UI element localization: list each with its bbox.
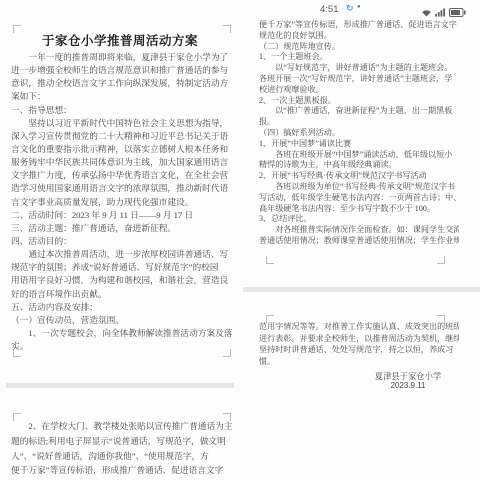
text-line: 普通话使用情况；教师课堂普通话使用情况；学生作业规	[259, 235, 459, 246]
text-line: 以“写好规范字，讲好普通话”为主题的主题班会。	[259, 62, 459, 73]
left-document-column[interactable]: 于家仓小学推普周活动方案 一年一度的推普周即将来临，夏津县于家仓小学为了 进一步…	[0, 0, 240, 480]
signature-date: 2023.9.11	[348, 381, 468, 390]
doc-page2-continued-text: 便千万家”等宣传标语，形成推广普通话、促进语言文字 规范化的良好氛围。 （二）规…	[259, 19, 459, 246]
text-line: 服务铸牢中华民族共同体意识为主线，加大国家通用语言	[11, 156, 235, 169]
text-line: 五、活动内容及安排：	[11, 301, 235, 314]
page-corner-mark	[266, 256, 274, 264]
text-line: 意识，推动全校语言文字工作向纵深发展，特制定活动方	[11, 77, 235, 90]
text-line: 三、活动主题：推广普通话，奋进新征程。	[11, 222, 235, 235]
text-line: 人”、“说好普通话，沟通你我他”、“使用规范字，方	[11, 450, 235, 465]
doc-page1-text: 一年一度的推普周即将来临，夏津县于家仓小学为了 进一步增强全校师生的语言规范意识…	[11, 51, 235, 353]
doc-page3-text: 范用字情况等等。对推普工作实施认真、成效突出的班级 进行表彰。并要求全校师生，以…	[259, 321, 459, 367]
page-separator	[6, 383, 234, 388]
text-line: 深入学习宣传贯彻党的二十大精神和习近平总书记关于语	[11, 130, 235, 143]
text-line: 3、总结评比。	[259, 213, 459, 224]
text-line: 各班以班级为单位“书写经典·传承文明”规范汉字书	[259, 181, 459, 192]
text-line: 惯。	[259, 356, 459, 368]
text-line: 2、在学校大门、教学楼处张贴以宣传推广普通话为主	[11, 420, 235, 435]
text-line: 题的标语;利用电子屏显示“说普通话，写规范字，做文明	[11, 435, 235, 450]
text-line: 文字推广力度，传承弘扬中华优秀语言文化，在全社会营	[11, 169, 235, 182]
text-line: 进行表彰。并要求全校师生，以推普周活动为契机，继续	[259, 333, 459, 345]
text-line: 通过本次推普周活动，进一步浓厚校园讲普通话、写	[11, 248, 235, 261]
text-line: （二）规范阵地宣传。	[259, 41, 459, 52]
notification-dot-icon: ●	[357, 4, 361, 10]
text-line: 进一步增强全校师生的语言规范意识和推广普通话的参与	[11, 64, 235, 77]
text-line: 2、一次主题黑板报。	[259, 95, 459, 106]
text-line: 造学习使用国家通用语言文字的浓厚氛围，推动新时代语	[11, 182, 235, 195]
text-line: 四、活动目的：	[11, 235, 235, 248]
text-line: 用语用字良好习惯，为构建和谐校园，和谐社会，营造良	[11, 274, 235, 287]
clock-label: 4:51	[320, 4, 339, 15]
text-line: 1、开展“中国梦”诵读比赛	[259, 138, 459, 149]
text-line: 实。	[11, 340, 235, 353]
text-line: 二、活动时间：2023 年 9 月 11 日——9 月 17 日	[11, 209, 235, 222]
text-line: 各班在班级开展“中国梦”诵读活动，低年级以短小	[259, 149, 459, 160]
text-line: 1、一个主题班会。	[259, 51, 459, 62]
right-document-column[interactable]: 4:51 ↻ ● 便千万家”等宣传标语，形成推广普通话、促进语言文字 规范化的良…	[240, 0, 480, 480]
sync-icon: ↻	[346, 3, 354, 14]
text-line: 写活动，低年级学生硬笔书法内容：一页两首古诗；中、	[259, 192, 459, 203]
text-line: 报。	[259, 116, 459, 127]
text-line: 一、指导思想：	[11, 104, 235, 117]
text-line: 案如下：	[11, 90, 235, 103]
text-line: 言文化的重要指示批示精神，以落实立德树人根本任务和	[11, 143, 235, 156]
text-line: （一）宣传动员，营造氛围。	[11, 314, 235, 327]
status-bar: 4:51 ↻ ●	[240, 0, 480, 19]
text-line: 2、开展“书写经典·传承文明”规范汉字书写活动	[259, 170, 459, 181]
text-line: 便千万家”等宣传标语，形成推广普通话、促进语言文字	[259, 19, 459, 30]
text-line: 范用字情况等等。对推普工作实施认真、成效突出的班级	[259, 321, 459, 333]
text-line: （四）搞好系列活动。	[259, 127, 459, 138]
text-line: 以“推广普通话，奋进新征程”为主题，出一期黑板	[259, 105, 459, 116]
text-line: 坚持以习近平新时代中国特色社会主义思想为指导，	[11, 117, 235, 130]
text-line: 言文字事业高质量发展，助力现代化强市建设。	[11, 196, 235, 209]
text-line: 各班开展一次“写好规范字，讲好普通话”主题班会，学	[259, 73, 459, 84]
text-line: 坚持时时讲普通话、处处写规范字，持之以恒，养成习	[259, 344, 459, 356]
text-line: 精悍的诗歌为主，中高年级经典诵读。	[259, 159, 459, 170]
text-line: 校进行观摩验收。	[259, 84, 459, 95]
text-line: 好的语言环境作出贡献。	[11, 288, 235, 301]
text-line: 规范化的良好氛围。	[259, 30, 459, 41]
doc-page2-text: 2、在学校大门、教学楼处张贴以宣传推广普通话为主 题的标语;利用电子屏显示“说普…	[11, 420, 235, 479]
text-line: 规范字的氛围；养成“说好普通话、写好规范字”的校园	[11, 261, 235, 274]
page-corner-mark	[437, 256, 445, 264]
document-title: 于家仓小学推普周活动方案	[0, 31, 240, 49]
text-line: 高年级硬笔书法内容：至少书写字数不少于 100。	[259, 203, 459, 214]
text-line: 一年一度的推普周即将来临，夏津县于家仓小学为了	[11, 51, 235, 64]
screenshot-canvas[interactable]: 于家仓小学推普周活动方案 一年一度的推普周即将来临，夏津县于家仓小学为了 进一步…	[0, 0, 480, 480]
text-line: 便千万家”等宣传标语，形成推广普通话、促进语言文字	[11, 464, 235, 479]
text-line: 对各班推普实际情况作全面检查。如：课间学生交流	[259, 224, 459, 235]
text-line: 1、一次专题校会，向全体教师解读推普活动方案及落	[11, 327, 235, 340]
page-separator	[243, 287, 480, 292]
